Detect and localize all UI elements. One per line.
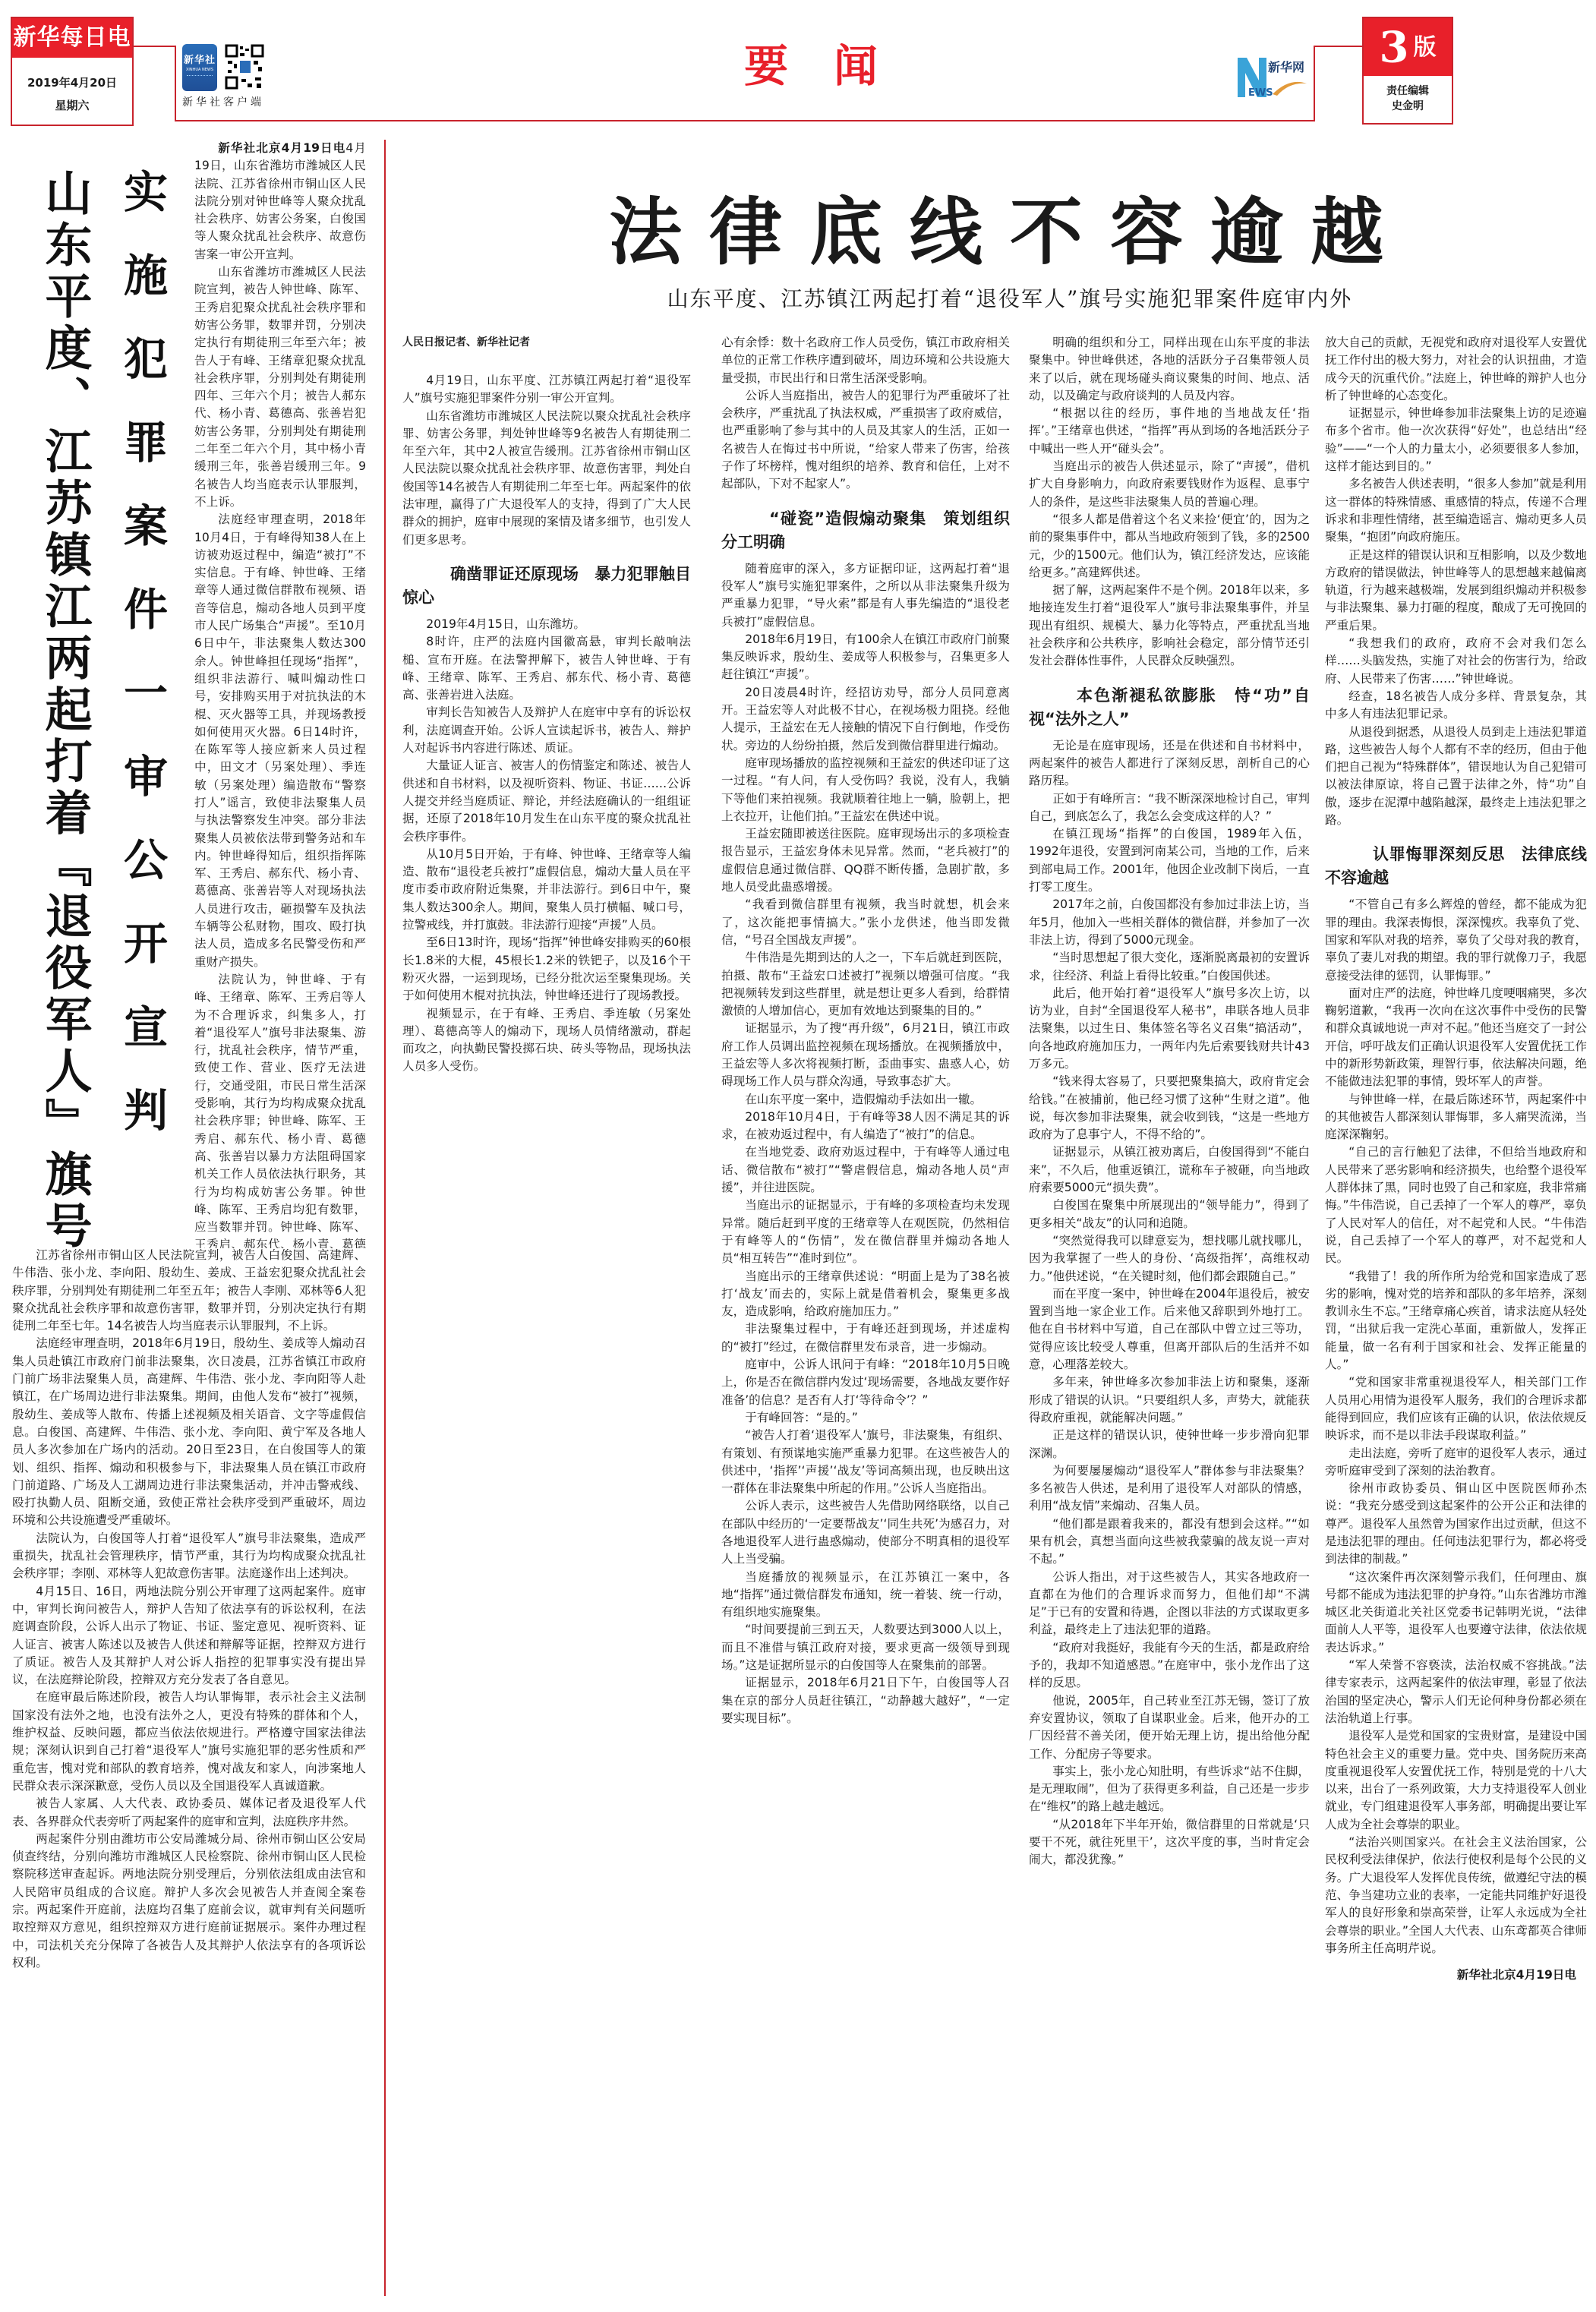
- paragraph: 大量证人证言、被害人的伤情鉴定和陈述、被告人供述和自书材料，以及视听资料、物证、…: [402, 757, 691, 845]
- paragraph: 无论是在庭审现场，还是在供述和自书材料中，两起案件的被告人都进行了深刻反思，剖析…: [1029, 737, 1310, 790]
- paragraph: 徐州市政协委员、铜山区中医院医师孙杰说：“我充分感受到这起案件的公开公正和法律的…: [1325, 1480, 1587, 1568]
- paragraph: “从2018年下半年开始，微信群里的日常就是‘只要干不死，就往死里干’，这次平度…: [1029, 1816, 1310, 1869]
- article-column-3: 明确的组织和分工，同样出现在山东平度的非法聚集中。钟世峰供述，各地的活跃分子召集…: [1029, 334, 1310, 2297]
- paragraph: 据了解，这两起案件不是个例。2018年以来，多地接连发生打着“退役军人”旗号非法…: [1029, 582, 1310, 670]
- editor-name: 史金明: [1364, 99, 1452, 114]
- paragraph: 20日凌晨4时许，经招访劝导，部分人员同意离开。王益宏等人对此极不甘心，在视场极…: [721, 684, 1010, 755]
- paragraph: 非法聚集过程中，于有峰还赶到现场，并述虚构的“被打”经过，在微信群里发布录音，进…: [721, 1320, 1010, 1356]
- paragraph: 被告人家属、人大代表、政协委员、媒体记者及退役军人代表、各界群众代表旁听了两起案…: [12, 1795, 366, 1831]
- subhead-fabrication: “碰瓷”造假煽动聚集 策划组织分工明确: [721, 507, 1010, 554]
- paragraph: 4月19日，山东平度、江苏镇江两起打着“退役军人”旗号实施犯罪案件分别一审公开宣…: [402, 372, 691, 408]
- paragraph: 白俊国在聚集中所展现出的“领导能力”，得到了更多相关“战友”的认同和追随。: [1029, 1197, 1310, 1232]
- page-number-box: 3版 责任编辑 史金明: [1362, 17, 1453, 125]
- header-rule-right-vertical: [1314, 46, 1315, 121]
- svg-text:EWS: EWS: [1248, 87, 1273, 99]
- paragraph: 当庭出示的证据显示，于有峰的多项检查均未发现异常。随后赶到平度的王绪章等人在观医…: [721, 1197, 1010, 1267]
- paragraph: “不管自己有多么辉煌的曾经，都不能成为犯罪的理由。我深表悔恨，深深愧疚。我辜负了…: [1325, 896, 1587, 984]
- client-label: 新华社客户端: [182, 94, 264, 109]
- subhead-evidence: 确凿罪证还原现场 暴力犯罪触目惊心: [402, 563, 691, 610]
- paragraph: 退役军人是党和国家的宝贵财富，是建设中国特色社会主义的重要力量。党中央、国务院历…: [1325, 1727, 1587, 1834]
- paragraph: 明确的组织和分工，同样出现在山东平度的非法聚集中。钟世峰供述，各地的活跃分子召集…: [1029, 334, 1310, 405]
- masthead-box: 新华每日电讯 2019年4月20日 星期六: [11, 17, 134, 126]
- paragraph: 正如于有峰所言：“我不断深深地检讨自己，审判自己，到底怎么了，我怎么会变成这样的…: [1029, 790, 1310, 826]
- paragraph: 2017年之前，白俊国都没有参加过非法上访，当年5月，他加入一些相关群体的微信群…: [1029, 896, 1310, 949]
- paragraph: 在庭审最后陈述阶段，被告人均认罪悔罪，表示社会主义法制国家没有法外之地，也没有法…: [12, 1689, 366, 1795]
- paragraph: 在镇江现场“指挥”的白俊国，1989年入伍，1992年退役，安置到河南某公司，当…: [1029, 825, 1310, 896]
- article-signoff: 新华社北京4月19日电: [1325, 1967, 1587, 1984]
- paragraph: “时间要提前三到五天，人数要达到3000人以上，而且不准借与镇江政府对接，要求更…: [721, 1621, 1010, 1674]
- issue-date: 2019年4月20日: [12, 71, 132, 94]
- subhead-motives: 本色渐褪私欲膨胀 恃“功”自视“法外之人”: [1029, 684, 1310, 731]
- header-rule-main: [175, 120, 1314, 121]
- app-icon-subtext: XINHUA NEWS: [182, 68, 217, 72]
- paragraph: “钱来得太容易了，只要把聚集搞大，政府肯定会给钱。”在被捕前，他已经习惯了这种“…: [1029, 1073, 1310, 1143]
- xinhua-app-icon[interactable]: 新华社 XINHUA NEWS: [182, 44, 217, 91]
- paragraph: 当庭播放的视频显示，在江苏镇江一案中，各地“指挥”通过微信群发布通知，统一着装、…: [721, 1569, 1010, 1622]
- paragraph: “政府对我挺好，我能有今天的生活，都是政府给予的，我却不知道感恩。”在庭审中，张…: [1029, 1639, 1310, 1692]
- paragraph: 法院认为，钟世峰、于有峰、王绪章、陈军、王秀启等人为不合理诉求，纠集多人，打着“…: [194, 971, 366, 1248]
- paragraph: 当庭出示的王绪章供述说：“明面上是为了38名被打‘战友’而去的，实际上就是借着机…: [721, 1268, 1010, 1321]
- paragraph: “当时思想起了很大变化，逐渐脱离最初的安置诉求，往经济、利益上看得比较重。”白俊…: [1029, 949, 1310, 985]
- app-icon-text: 新华社: [182, 52, 217, 66]
- paragraph: 公诉人当庭指出，被告人的犯罪行为严重破坏了社会秩序，严重扰乱了执法权威，严重损害…: [721, 387, 1010, 494]
- paragraph: 正是这样的错误认识，使钟世峰一步步滑向犯罪深渊。: [1029, 1427, 1310, 1462]
- paragraph: 心有余悸：数十名政府工作人员受伤，镇江市政府相关单位的正常工作秩序遭到破坏，周边…: [721, 334, 1010, 387]
- xinhuanet-logo-icon: 新华网 EWS: [1236, 50, 1308, 103]
- paragraph: “法治兴则国家兴。在社会主义法治国家，公民权利受法律保护，依法行使权利是每个公民…: [1325, 1834, 1587, 1957]
- header-rule-left-vertical: [175, 46, 176, 121]
- paragraph: “自己的言行触犯了法律，不但给当地政府和人民带来了恶劣影响和经济损失，也给整个退…: [1325, 1143, 1587, 1267]
- paragraph: “我想我们的政府，政府不会对我们怎么样……头脑发热，实施了对社会的伤害行为，给政…: [1325, 635, 1587, 688]
- section-title: 要闻: [744, 30, 923, 94]
- header-rule-right: [1314, 46, 1362, 47]
- subhead-repentance: 认罪悔罪深刻反思 法律底线不容逾越: [1325, 843, 1587, 890]
- page-unit: 版: [1413, 34, 1436, 61]
- paragraph: 山东省潍坊市潍城区人民法院以聚众扰乱社会秩序罪、妨害公务罪，判处钟世峰等9名被告…: [402, 408, 691, 549]
- paragraph: 随着庭审的深入，多方证据印证，这两起打着“退役军人”旗号实施犯罪案件，之所以从非…: [721, 560, 1010, 631]
- paragraph: 庭审现场播放的监控视频和王益宏的供述印证了这一过程。“有人问，有人受伤吗？我说，…: [721, 755, 1010, 825]
- header-rule-left: [132, 46, 176, 47]
- paragraph: 为何要屡屡煽动“退役军人”群体参与非法聚集？多名被告人供述，是利用了退役军人对部…: [1029, 1462, 1310, 1516]
- article-column-2: 心有余悸：数十名政府工作人员受伤，镇江市政府相关单位的正常工作秩序遭到破坏，周边…: [721, 334, 1010, 2297]
- paragraph: 庭审中，公诉人讯问于有峰：“2018年10月5日晚上，你是否在微信群内发过‘现场…: [721, 1356, 1010, 1409]
- paragraph: 江苏省徐州市铜山区人民法院宣判，被告人白俊国、高建辉、牛伟浩、张小龙、李向阳、殷…: [12, 1247, 366, 1335]
- paper-name: 新华每日电讯: [12, 18, 132, 58]
- issue-weekday: 星期六: [12, 94, 132, 117]
- main-headline: 法律底线不容逾越: [463, 175, 1557, 279]
- paragraph: 王益宏随即被送往医院。庭审现场出示的多项检查报告显示，王益宏身体未见异常。然而，…: [721, 825, 1010, 896]
- main-subheadline: 山东平度、江苏镇江两起打着“退役军人”旗号实施犯罪案件庭审内外: [463, 282, 1557, 313]
- paragraph: “很多人都是借着这个名义来捡‘便宜’的，因为之前的聚集事件中，都从当地政府领到了…: [1029, 511, 1310, 582]
- paragraph: 至6日13时许，现场“指挥”钟世峰安排购买的60根长1.8米的大棍，45根长1.…: [402, 934, 691, 1005]
- story-divider: [384, 140, 386, 2296]
- paragraph: 事实上，张小龙心知肚明，有些诉求“站不住脚，是无理取闹”，但为了获得更多利益，自…: [1029, 1763, 1310, 1816]
- paragraph: 法庭经审理查明，2018年10月4日，于有峰得知38人在上访被劝返过程中，编造“…: [194, 511, 366, 971]
- left-story-body-top: 新华社北京4月19日电4月19日，山东省潍坊市潍城区人民法院、江苏省徐州市铜山区…: [194, 140, 366, 1248]
- paragraph: “党和国家非常重视退役军人，相关部门工作人员用心用情为退役军人服务，我们的合理诉…: [1325, 1374, 1587, 1444]
- paragraph: 经查，18名被告人成分多样、背景复杂，其中多人有违法犯罪记录。: [1325, 688, 1587, 724]
- paragraph: “军人荣誉不容亵渎，法治权威不容挑战。”法律专家表示，这两起案件的依法审理，彰显…: [1325, 1657, 1587, 1727]
- qr-code-icon[interactable]: [225, 44, 264, 91]
- editor-label: 责任编辑: [1364, 84, 1452, 99]
- paragraph: “这次案件再次深刻警示我们，任何理由、旗号都不能成为违法犯罪的护身符。”山东省潍…: [1325, 1569, 1587, 1657]
- paragraph: 正是这样的错误认识和互相影响，以及少数地方政府的错误做法，钟世峰等人的思想越来越…: [1325, 547, 1587, 635]
- paragraph: 山东省潍坊市潍城区人民法院宣判，被告人钟世峰、陈军、王秀启犯聚众扰乱社会秩序罪和…: [194, 263, 366, 511]
- svg-text:新华网: 新华网: [1268, 60, 1304, 74]
- byline: 人民日报记者、新华社记者: [402, 334, 530, 349]
- paragraph: 此后，他开始打着“退役军人”旗号多次上访，以访为业，自封“全国退役军人秘书”，串…: [1029, 985, 1310, 1073]
- page-number: 3: [1380, 23, 1409, 73]
- network-graphic-icon: [187, 75, 213, 88]
- paragraph: 2018年10月4日，于有峰等38人因不满足其的诉求，在被劝返过程中，有人编造了…: [721, 1109, 1010, 1144]
- paragraph: 证据显示，为了搜“再升级”，6月21日，镇江市政府工作人员调出监控视频在现场播放…: [721, 1020, 1010, 1090]
- paragraph: 视频显示，在于有峰、王秀启、季连敏（另案处理）、葛德高等人的煽动下，现场人员情绪…: [402, 1005, 691, 1076]
- left-story-dateline: 新华社北京4月19日电: [218, 141, 345, 155]
- paragraph: “我看到微信群里有视频，我当时就想，机会来了，这次能把事情搞大。”张小龙供述，他…: [721, 896, 1010, 949]
- paragraph: 他说，2005年，自己转业至江苏无锡，签订了放弃安置协议，领取了自谋职业金。后来…: [1029, 1692, 1310, 1763]
- paragraph: 多年来，钟世峰多次参加非法上访和聚集，逐渐形成了错误的认识。“只要组织人多，声势…: [1029, 1374, 1310, 1427]
- paragraph: 法院认为，白俊国等人打着“退役军人”旗号非法聚集，造成严重损失，扰乱社会管理秩序…: [12, 1530, 366, 1583]
- paragraph: 走出法庭，旁听了庭审的退役军人表示，通过旁听庭审受到了深刻的法治教育。: [1325, 1445, 1587, 1481]
- article-column-4: 放大自己的贡献，无视党和政府对退役军人安置优抚工作付出的极大努力，对社会的认识扭…: [1325, 334, 1587, 2297]
- paragraph: 从退役到据悉，从退役人员到走上违法犯罪道路，这些被告人每个人都有不幸的经历，但由…: [1325, 724, 1587, 830]
- paragraph: 证据显示，钟世峰参加非法聚集上访的足迹遍布多个省市。他一次次获得“好处”，也总结…: [1325, 405, 1587, 475]
- article-column-1: 4月19日，山东平度、江苏镇江两起打着“退役军人”旗号实施犯罪案件分别一审公开宣…: [402, 372, 691, 2297]
- paragraph: 牛伟浩是先期到达的人之一，下车后就赶到医院，拍摄、散布“王益宏口述被打”视频以增…: [721, 949, 1010, 1020]
- paragraph: 证据显示，从镇江被劝离后，白俊国得到“不能白来”，不久后，他重返镇江，谎称车子被…: [1029, 1143, 1310, 1197]
- paragraph: 2018年6月19日，有100余人在镇江市政府门前聚集反映诉求，殷幼生、姜成等人…: [721, 631, 1010, 684]
- left-story-body-bottom: 江苏省徐州市铜山区人民法院宣判，被告人白俊国、高建辉、牛伟浩、张小龙、李向阳、殷…: [12, 1247, 366, 2298]
- paragraph: 2019年4月15日，山东潍坊。: [402, 616, 691, 633]
- paragraph: 而在平度一案中，钟世峰在2004年退役后，被安置到当地一家企业工作。后来他又辞职…: [1029, 1285, 1310, 1374]
- left-story-headline-sub: 实施犯罪案件一审公开宣判: [115, 169, 169, 1171]
- paragraph: 在当地党委、政府劝返过程中，于有峰等人通过电话、微信散布“被打”“警虐假信息，煽…: [721, 1143, 1010, 1197]
- paragraph: 8时许，庄严的法庭内国徽高悬，审判长敲响法槌、宣布开庭。在法警押解下，被告人钟世…: [402, 633, 691, 704]
- paragraph: 两起案件分别由潍坊市公安局潍城分局、徐州市铜山区公安局侦查终结，分别向潍坊市潍城…: [12, 1831, 366, 1972]
- paragraph: “根据以往的经历，事件地的当地战友任‘指挥’。”王绪章也供述，“指挥”再从到场的…: [1029, 405, 1310, 458]
- paragraph: 4月19日，山东省潍坊市潍城区人民法院、江苏省徐州市铜山区人民法院分别对钟世峰等…: [194, 141, 366, 261]
- paragraph: 多名被告人供述表明，“很多人参加”就是利用这一群体的特殊情感、重感情的特点，传递…: [1325, 475, 1587, 546]
- paragraph: “被告人打着‘退役军人’旗号，非法聚集，有组织、有策划、有预谋地实施严重暴力犯罪…: [721, 1427, 1010, 1497]
- paragraph: 放大自己的贡献，无视党和政府对退役军人安置优抚工作付出的极大努力，对社会的认识扭…: [1325, 334, 1587, 405]
- left-story-headline-main: 山东平度、江苏镇江两起打着『退役军人』旗号: [38, 169, 91, 1253]
- paragraph: 证据显示，2018年6月21日下午，白俊国等人召集在京的部分人员赶往镇江，“动静…: [721, 1674, 1010, 1727]
- paragraph: 当庭出示的被告人供述显示，除了“声援”，借机扩大自身影响力，向政府索要钱财作为返…: [1029, 458, 1310, 511]
- paragraph: 与钟世峰一样，在最后陈述环节，两起案件中的其他被告人都深刻认罪悔罪，多人痛哭流涕…: [1325, 1091, 1587, 1144]
- paragraph: 在山东平度一案中，造假煽动手法如出一辙。: [721, 1091, 1010, 1109]
- paragraph: 4月15日、16日，两地法院分别公开审理了这两起案件。庭审中，审判长询问被告人，…: [12, 1583, 366, 1689]
- paragraph: “他们都是跟着我来的，都没有想到会这样。”“如果有机会，真想当面向这些被我蒙骗的…: [1029, 1516, 1310, 1569]
- paragraph: 面对庄严的法庭，钟世峰几度哽咽痛哭，多次鞠躬道歉，“我再一次向在这次事件中受伤的…: [1325, 985, 1587, 1091]
- paragraph: 审判长告知被告人及辩护人在庭审中享有的诉讼权利，法庭调查开始。公诉人宣读起诉书，…: [402, 704, 691, 757]
- paragraph: “我错了！我的所作所为给党和国家造成了恶劣的影响，愧对党的培养和部队的多年培养，…: [1325, 1268, 1587, 1374]
- paragraph: 法庭经审理查明，2018年6月19日，殷幼生、姜成等人煽动召集人员赴镇江市政府门…: [12, 1335, 366, 1529]
- paragraph: 从10月5日开始，于有峰、钟世峰、王绪章等人编造、散布“退役老兵被打”虚假信息，…: [402, 846, 691, 934]
- paragraph: “突然觉得我可以肆意妄为，想找哪儿就找哪儿，因为我掌握了一些人的身份、‘高级指挥…: [1029, 1232, 1310, 1285]
- paragraph: 公诉人指出，对于这些被告人，其实各地政府一直都在为他们的合理诉求而努力，但他们却…: [1029, 1569, 1310, 1639]
- paragraph: 于有峰回答：“是的。”: [721, 1409, 1010, 1427]
- paragraph: 公诉人表示，这些被告人先借助网络联络，以自己在部队中经历的‘一定要帮战友’‘同生…: [721, 1497, 1010, 1568]
